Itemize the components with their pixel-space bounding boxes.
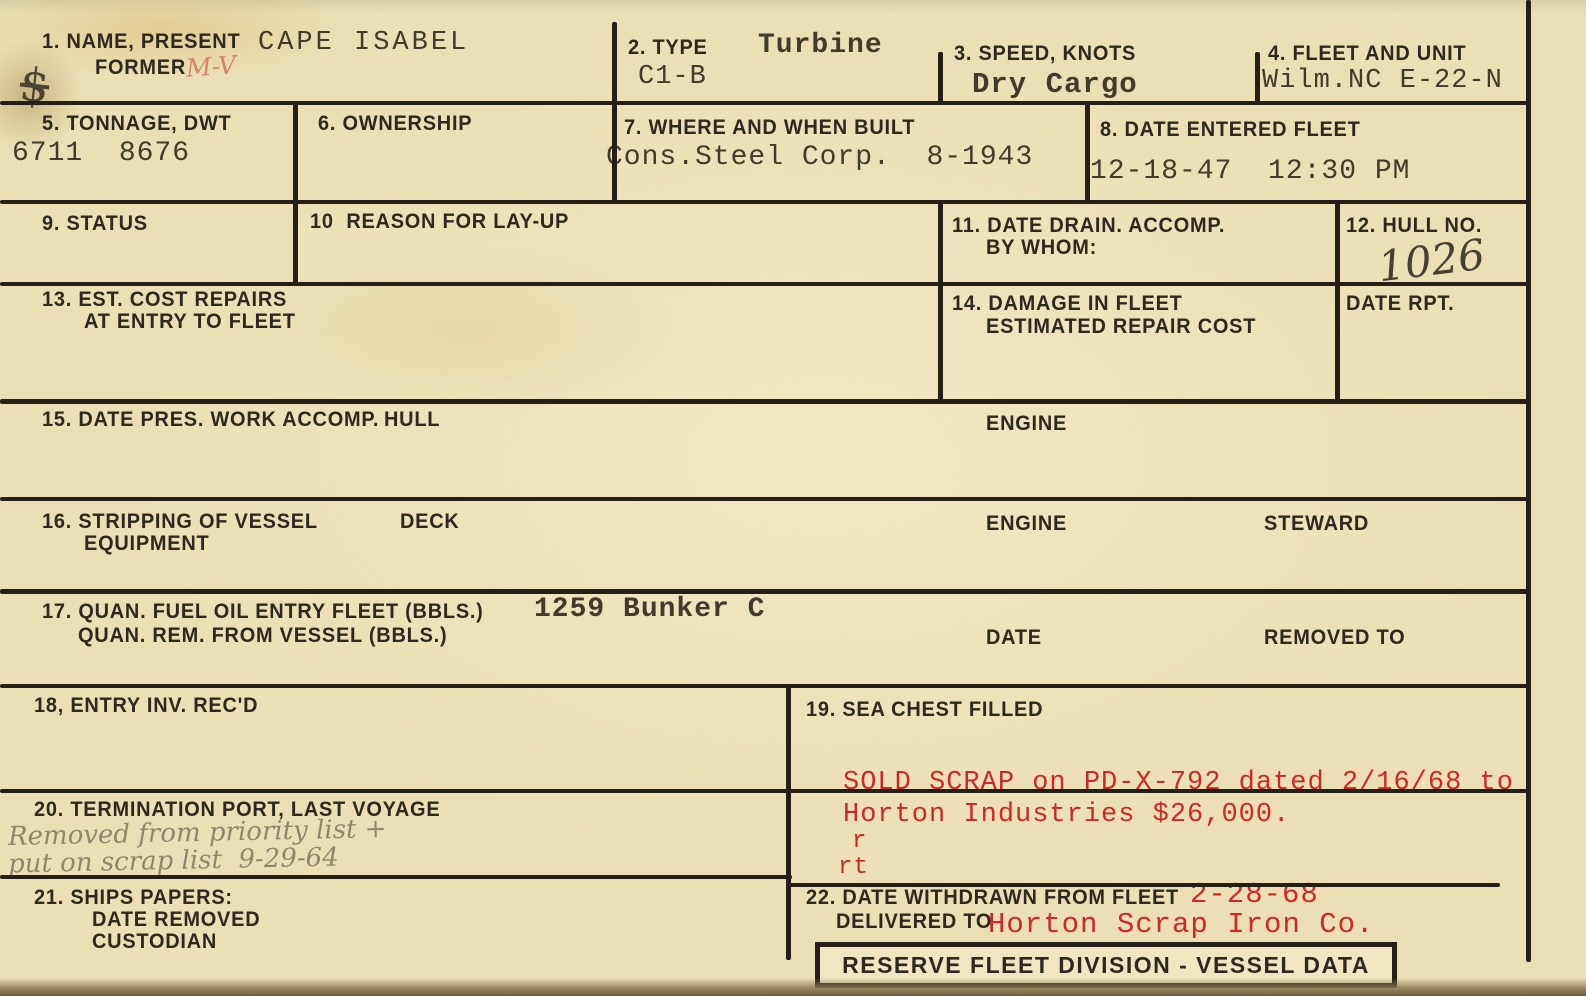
name-label: 1. NAME, PRESENT bbox=[42, 30, 240, 53]
termination-handwriting-line2: put on scrap list 9-29-64 bbox=[8, 843, 339, 880]
delivered-to-label: DELIVERED TO bbox=[836, 910, 992, 933]
damage-label2: ESTIMATED REPAIR COST bbox=[986, 315, 1256, 338]
grid-line bbox=[1335, 203, 1340, 402]
damage-label: 14. DAMAGE IN FLEET bbox=[952, 292, 1183, 315]
grid-line bbox=[0, 875, 792, 879]
ownership-label: 6. OWNERSHIP bbox=[318, 112, 472, 135]
grid-line bbox=[0, 684, 1531, 688]
vessel-data-card: $ 1. NAME, PRESENT CAPE ISABEL FORMER M-… bbox=[0, 0, 1586, 996]
type-label: 2. TYPE bbox=[628, 36, 708, 59]
entry-inv-label: 18, ENTRY INV. REC'D bbox=[34, 694, 258, 717]
type-value: Turbine bbox=[758, 30, 883, 61]
est-cost-label2: AT ENTRY TO FLEET bbox=[84, 310, 296, 333]
sold-scrap-note-line1: SOLD SCRAP on PD-X-792 dated 2/16/68 to bbox=[843, 768, 1514, 798]
fuel-value: 1259 Bunker C bbox=[534, 594, 765, 625]
stripping-label: 16. STRIPPING OF VESSEL bbox=[42, 510, 318, 533]
tonnage-label: 5. TONNAGE, DWT bbox=[42, 112, 231, 135]
drain-by-whom-label: BY WHOM: bbox=[986, 236, 1097, 259]
est-cost-label: 13. EST. COST REPAIRS bbox=[42, 288, 287, 311]
grid-line bbox=[938, 52, 943, 104]
sea-chest-overtype-mark: r bbox=[852, 828, 867, 855]
date-entered-value: 12-18-47 12:30 PM bbox=[1090, 156, 1410, 187]
grid-line bbox=[0, 282, 1531, 286]
pres-work-engine-label: ENGINE bbox=[986, 412, 1067, 435]
former-label: FORMER bbox=[95, 56, 186, 79]
grid-line bbox=[786, 883, 1500, 887]
stripping-engine-label: ENGINE bbox=[986, 512, 1067, 535]
built-label: 7. WHERE AND WHEN BUILT bbox=[624, 116, 915, 139]
ships-papers-label: 21. SHIPS PAPERS: bbox=[34, 886, 233, 909]
grid-line bbox=[0, 497, 1531, 501]
stripping-steward-label: STEWARD bbox=[1264, 512, 1369, 535]
withdrawn-overtype-mark: rt bbox=[838, 854, 869, 881]
grid-line bbox=[293, 104, 298, 203]
status-label: 9. STATUS bbox=[42, 212, 148, 235]
layup-label: 10 REASON FOR LAY-UP bbox=[310, 210, 569, 233]
fleet-unit-value: Wilm.NC E-22-N bbox=[1262, 66, 1503, 96]
grid-line bbox=[786, 684, 791, 960]
fuel-removed-to-label: REMOVED TO bbox=[1264, 626, 1405, 649]
drain-label: 11. DATE DRAIN. ACCOMP. bbox=[952, 214, 1225, 237]
ships-papers-custodian-label: CUSTODIAN bbox=[92, 930, 217, 953]
grid-line bbox=[0, 589, 1531, 594]
grid-line bbox=[0, 200, 1531, 204]
grid-line bbox=[1526, 0, 1531, 962]
fleet-unit-label: 4. FLEET AND UNIT bbox=[1268, 42, 1466, 65]
grid-line bbox=[612, 104, 617, 203]
former-value-handwritten: M-V bbox=[185, 50, 237, 82]
type-class-value: C1-B bbox=[638, 62, 707, 92]
fuel-date-label: DATE bbox=[986, 626, 1042, 649]
name-value: CAPE ISABEL bbox=[258, 28, 469, 58]
grid-line bbox=[0, 789, 1531, 793]
built-value: Cons.Steel Corp. 8-1943 bbox=[606, 142, 1033, 173]
grid-line bbox=[1085, 104, 1090, 203]
tonnage-value: 6711 8676 bbox=[12, 138, 190, 169]
sea-chest-label: 19. SEA CHEST FILLED bbox=[806, 698, 1043, 721]
grid-line bbox=[612, 22, 617, 104]
ships-papers-date-removed-label: DATE REMOVED bbox=[92, 908, 260, 931]
grid-line bbox=[293, 203, 298, 285]
date-entered-label: 8. DATE ENTERED FLEET bbox=[1100, 118, 1361, 141]
pres-work-hull-label: HULL bbox=[384, 408, 440, 431]
grid-line bbox=[938, 203, 943, 402]
delivered-to-value: Horton Scrap Iron Co. bbox=[988, 908, 1374, 941]
paper-bottom-edge bbox=[0, 978, 1586, 996]
stripping-deck-label: DECK bbox=[400, 510, 460, 533]
speed-label: 3. SPEED, KNOTS bbox=[954, 42, 1136, 65]
date-rpt-label: DATE RPT. bbox=[1346, 292, 1454, 315]
sold-scrap-note-line2: Horton Industries $26,000. bbox=[843, 800, 1290, 830]
fuel-label: 17. QUAN. FUEL OIL ENTRY FLEET (BBLS.) bbox=[42, 600, 484, 623]
grid-line bbox=[0, 399, 1531, 404]
fuel-label2: QUAN. REM. FROM VESSEL (BBLS.) bbox=[78, 624, 447, 647]
grid-line bbox=[0, 101, 1531, 105]
speed-value: Dry Cargo bbox=[972, 68, 1138, 101]
grid-line bbox=[1255, 52, 1260, 104]
reserve-fleet-banner-text: RESERVE FLEET DIVISION - VESSEL DATA bbox=[842, 952, 1370, 979]
stripping-equipment-label: EQUIPMENT bbox=[84, 532, 209, 555]
withdrawn-label: 22. DATE WITHDRAWN FROM FLEET bbox=[806, 886, 1179, 909]
pres-work-label: 15. DATE PRES. WORK ACCOMP. bbox=[42, 408, 379, 431]
